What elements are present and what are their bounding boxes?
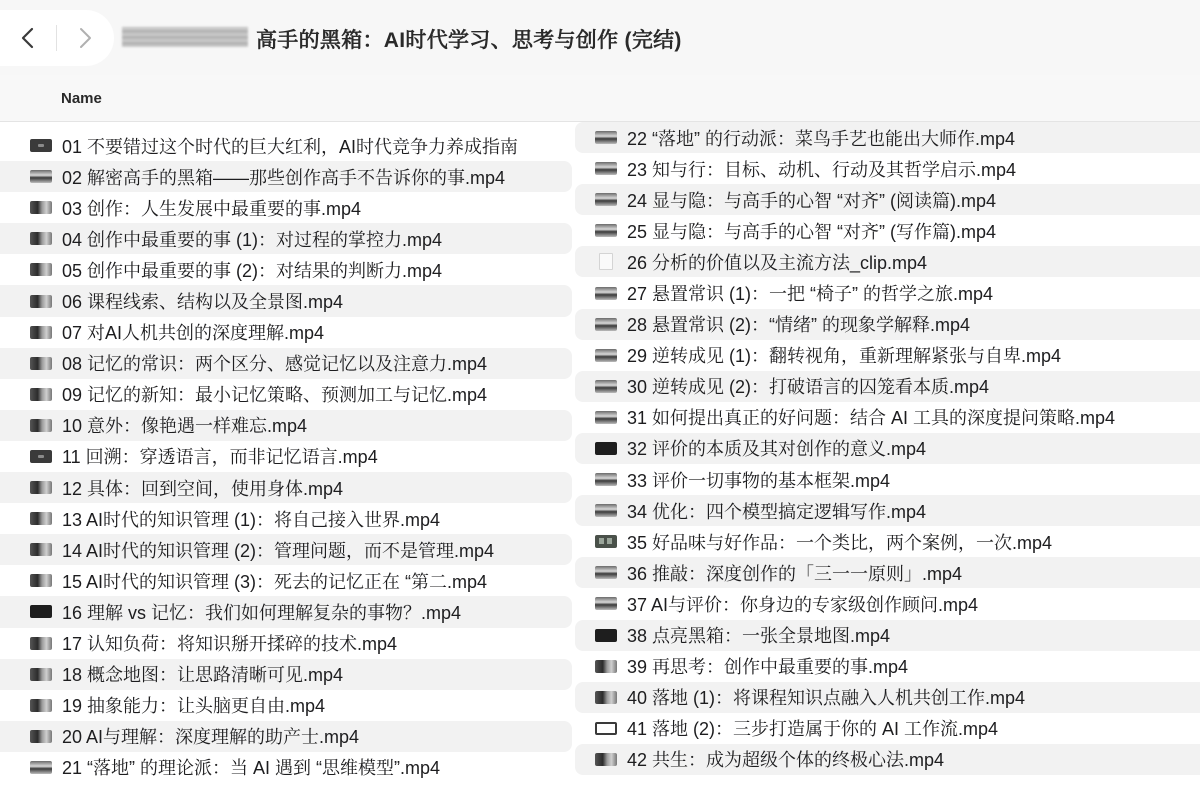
file-name: 17 认知负荷：将知识掰开揉碎的技术.mp4 [62,630,397,656]
file-name: 29 逆转成见 (1)：翻转视角，重新理解紧张与自卑.mp4 [627,342,1061,368]
video-thumbnail-icon [30,357,52,370]
video-thumbnail-icon [30,263,52,276]
video-thumbnail-icon [30,419,52,432]
file-name: 06 课程线索、结构以及全景图.mp4 [62,288,343,314]
file-row[interactable]: 33 评价一切事物的基本框架.mp4 [575,464,1200,495]
file-row[interactable]: 19 抽象能力：让头脑更自由.mp4 [0,690,572,721]
video-thumbnail-icon [30,388,52,401]
file-row[interactable]: 18 概念地图：让思路清晰可见.mp4 [0,659,572,690]
video-thumbnail-icon [30,543,52,556]
video-thumbnail-icon [595,629,617,642]
file-row[interactable]: 39 再思考：创作中最重要的事.mp4 [575,651,1200,682]
video-thumbnail-icon [30,326,52,339]
file-row[interactable]: 40 落地 (1)：将课程知识点融入人机共创工作.mp4 [575,682,1200,713]
video-thumbnail-icon [595,504,617,517]
video-thumbnail-icon [30,295,52,308]
file-name: 02 解密高手的黑箱——那些创作高手不告诉你的事.mp4 [62,164,505,190]
file-row[interactable]: 02 解密高手的黑箱——那些创作高手不告诉你的事.mp4 [0,161,572,192]
document-icon [599,253,613,270]
file-row[interactable]: 42 共生：成为超级个体的终极心法.mp4 [575,744,1200,775]
video-thumbnail-icon [30,574,52,587]
video-thumbnail-icon [30,668,52,681]
file-row[interactable]: 20 AI与理解：深度理解的助产士.mp4 [0,721,572,752]
file-row[interactable]: 30 逆转成见 (2)：打破语言的囚笼看本质.mp4 [575,371,1200,402]
video-thumbnail-icon [595,162,617,175]
file-name: 36 推敲：深度创作的「三一一原则」.mp4 [627,560,962,586]
column-header-name[interactable]: Name [61,90,102,107]
video-thumbnail-icon [595,535,617,548]
file-row[interactable]: 29 逆转成见 (1)：翻转视角，重新理解紧张与自卑.mp4 [575,340,1200,371]
video-thumbnail-icon [30,699,52,712]
file-row[interactable]: 37 AI与评价：你身边的专家级创作顾问.mp4 [575,588,1200,619]
file-name: 37 AI与评价：你身边的专家级创作顾问.mp4 [627,591,978,617]
file-name: 12 具体：回到空间，使用身体.mp4 [62,475,343,501]
file-list-right: 22 “落地” 的行动派：菜鸟手艺也能出大师作.mp423 知与行：目标、动机、… [575,122,1200,775]
file-name: 15 AI时代的知识管理 (3)：死去的记忆正在 “第二.mp4 [62,568,487,594]
video-thumbnail-icon [595,722,617,735]
file-name: 16 理解 vs 记忆：我们如何理解复杂的事物？.mp4 [62,599,461,625]
redacted-breadcrumb [122,27,248,47]
file-row[interactable]: 10 意外：像艳遇一样难忘.mp4 [0,410,572,441]
file-row[interactable]: 15 AI时代的知识管理 (3)：死去的记忆正在 “第二.mp4 [0,565,572,596]
video-thumbnail-icon [30,637,52,650]
file-name: 33 评价一切事物的基本框架.mp4 [627,467,890,493]
video-thumbnail-icon [595,753,617,766]
file-row[interactable]: 31 如何提出真正的好问题：结合 AI 工具的深度提问策略.mp4 [575,402,1200,433]
file-row[interactable]: 08 记忆的常识：两个区分、感觉记忆以及注意力.mp4 [0,348,572,379]
file-row[interactable]: 03 创作：人生发展中最重要的事.mp4 [0,192,572,223]
file-name: 22 “落地” 的行动派：菜鸟手艺也能出大师作.mp4 [627,125,1015,151]
video-thumbnail-icon [595,318,617,331]
file-row[interactable]: 16 理解 vs 记忆：我们如何理解复杂的事物？.mp4 [0,596,572,627]
file-row[interactable]: 28 悬置常识 (2)：“情绪” 的现象学解释.mp4 [575,309,1200,340]
file-name: 05 创作中最重要的事 (2)：对结果的判断力.mp4 [62,257,442,283]
file-name: 19 抽象能力：让头脑更自由.mp4 [62,692,325,718]
file-row[interactable]: 22 “落地” 的行动派：菜鸟手艺也能出大师作.mp4 [575,122,1200,153]
file-row[interactable]: 36 推敲：深度创作的「三一一原则」.mp4 [575,557,1200,588]
file-row[interactable]: 34 优化：四个模型搞定逻辑写作.mp4 [575,495,1200,526]
file-name: 10 意外：像艳遇一样难忘.mp4 [62,412,307,438]
video-thumbnail-icon [595,660,617,673]
file-name: 39 再思考：创作中最重要的事.mp4 [627,653,908,679]
video-thumbnail-icon [30,481,52,494]
video-thumbnail-icon [595,224,617,237]
column-header-row: Name [0,75,1200,122]
video-thumbnail-icon [30,232,52,245]
file-name: 31 如何提出真正的好问题：结合 AI 工具的深度提问策略.mp4 [627,404,1115,430]
video-thumbnail-icon [30,761,52,774]
file-name: 27 悬置常识 (1)：一把 “椅子” 的哲学之旅.mp4 [627,280,993,306]
file-row[interactable]: 14 AI时代的知识管理 (2)：管理问题，而不是管理.mp4 [0,534,572,565]
file-name: 18 概念地图：让思路清晰可见.mp4 [62,661,343,687]
file-row[interactable]: 01 不要错过这个时代的巨大红利，AI时代竞争力养成指南 [0,130,572,161]
file-row[interactable]: 04 创作中最重要的事 (1)：对过程的掌控力.mp4 [0,223,572,254]
video-thumbnail-icon [30,512,52,525]
file-name: 09 记忆的新知：最小记忆策略、预测加工与记忆.mp4 [62,381,487,407]
file-name: 21 “落地” 的理论派：当 AI 遇到 “思维模型”.mp4 [62,754,440,780]
file-row[interactable]: 38 点亮黑箱：一张全景地图.mp4 [575,620,1200,651]
file-name: 41 落地 (2)：三步打造属于你的 AI 工作流.mp4 [627,715,998,741]
file-row[interactable]: 25 显与隐：与高手的心智 “对齐” (写作篇).mp4 [575,215,1200,246]
file-row[interactable]: 09 记忆的新知：最小记忆策略、预测加工与记忆.mp4 [0,379,572,410]
file-name: 35 好品味与好作品：一个类比，两个案例，一次.mp4 [627,529,1052,555]
window-title: 高手的黑箱：AI时代学习、思考与创作 (完结) [256,24,682,54]
file-row[interactable]: 06 课程线索、结构以及全景图.mp4 [0,285,572,316]
file-name: 42 共生：成为超级个体的终极心法.mp4 [627,746,944,772]
video-thumbnail-icon [595,473,617,486]
file-row[interactable]: 24 显与隐：与高手的心智 “对齐” (阅读篇).mp4 [575,184,1200,215]
video-thumbnail-icon [30,450,52,463]
video-thumbnail-icon [595,566,617,579]
file-name: 01 不要错过这个时代的巨大红利，AI时代竞争力养成指南 [62,133,518,159]
file-name: 24 显与隐：与高手的心智 “对齐” (阅读篇).mp4 [627,187,996,213]
video-thumbnail-icon [595,287,617,300]
file-row[interactable]: 35 好品味与好作品：一个类比，两个案例，一次.mp4 [575,526,1200,557]
file-name: 34 优化：四个模型搞定逻辑写作.mp4 [627,498,926,524]
file-row[interactable]: 12 具体：回到空间，使用身体.mp4 [0,472,572,503]
file-name: 08 记忆的常识：两个区分、感觉记忆以及注意力.mp4 [62,350,487,376]
chevron-right-icon [76,27,94,49]
file-name: 28 悬置常识 (2)：“情绪” 的现象学解释.mp4 [627,311,970,337]
file-name: 04 创作中最重要的事 (1)：对过程的掌控力.mp4 [62,226,442,252]
file-name: 11 回溯：穿透语言，而非记忆语言.mp4 [62,443,378,469]
file-row[interactable]: 07 对AI人机共创的深度理解.mp4 [0,317,572,348]
video-thumbnail-icon [595,411,617,424]
video-thumbnail-icon [595,193,617,206]
file-name: 40 落地 (1)：将课程知识点融入人机共创工作.mp4 [627,684,1025,710]
video-thumbnail-icon [30,170,52,183]
forward-button[interactable] [57,10,113,66]
file-list-left: 01 不要错过这个时代的巨大红利，AI时代竞争力养成指南02 解密高手的黑箱——… [0,130,572,783]
file-name: 38 点亮黑箱：一张全景地图.mp4 [627,622,890,648]
file-name: 25 显与隐：与高手的心智 “对齐” (写作篇).mp4 [627,218,996,244]
file-name: 20 AI与理解：深度理解的助产士.mp4 [62,723,359,749]
file-name: 23 知与行：目标、动机、行动及其哲学启示.mp4 [627,156,1016,182]
video-thumbnail-icon [30,605,52,618]
navigation-buttons [0,10,114,66]
chevron-left-icon [19,27,37,49]
file-row[interactable]: 23 知与行：目标、动机、行动及其哲学启示.mp4 [575,153,1200,184]
back-button[interactable] [0,10,56,66]
video-thumbnail-icon [30,730,52,743]
video-thumbnail-icon [30,139,52,152]
file-name: 14 AI时代的知识管理 (2)：管理问题，而不是管理.mp4 [62,537,494,563]
file-row[interactable]: 26 分析的价值以及主流方法_clip.mp4 [575,246,1200,277]
file-name: 30 逆转成见 (2)：打破语言的囚笼看本质.mp4 [627,373,989,399]
file-row[interactable]: 32 评价的本质及其对创作的意义.mp4 [575,433,1200,464]
file-row[interactable]: 13 AI时代的知识管理 (1)：将自己接入世界.mp4 [0,503,572,534]
file-row[interactable]: 05 创作中最重要的事 (2)：对结果的判断力.mp4 [0,254,572,285]
file-name: 07 对AI人机共创的深度理解.mp4 [62,319,324,345]
video-thumbnail-icon [595,131,617,144]
video-thumbnail-icon [595,442,617,455]
file-row[interactable]: 11 回溯：穿透语言，而非记忆语言.mp4 [0,441,572,472]
file-row[interactable]: 21 “落地” 的理论派：当 AI 遇到 “思维模型”.mp4 [0,752,572,783]
file-name: 32 评价的本质及其对创作的意义.mp4 [627,435,926,461]
file-name: 03 创作：人生发展中最重要的事.mp4 [62,195,361,221]
file-name: 26 分析的价值以及主流方法_clip.mp4 [627,249,927,275]
video-thumbnail-icon [30,201,52,214]
file-row[interactable]: 17 认知负荷：将知识掰开揉碎的技术.mp4 [0,628,572,659]
video-thumbnail-icon [595,691,617,704]
file-name: 13 AI时代的知识管理 (1)：将自己接入世界.mp4 [62,506,440,532]
video-thumbnail-icon [595,597,617,610]
finder-toolbar: 高手的黑箱：AI时代学习、思考与创作 (完结) [0,0,1200,75]
file-row[interactable]: 41 落地 (2)：三步打造属于你的 AI 工作流.mp4 [575,713,1200,744]
video-thumbnail-icon [595,380,617,393]
file-row[interactable]: 27 悬置常识 (1)：一把 “椅子” 的哲学之旅.mp4 [575,277,1200,308]
video-thumbnail-icon [595,349,617,362]
